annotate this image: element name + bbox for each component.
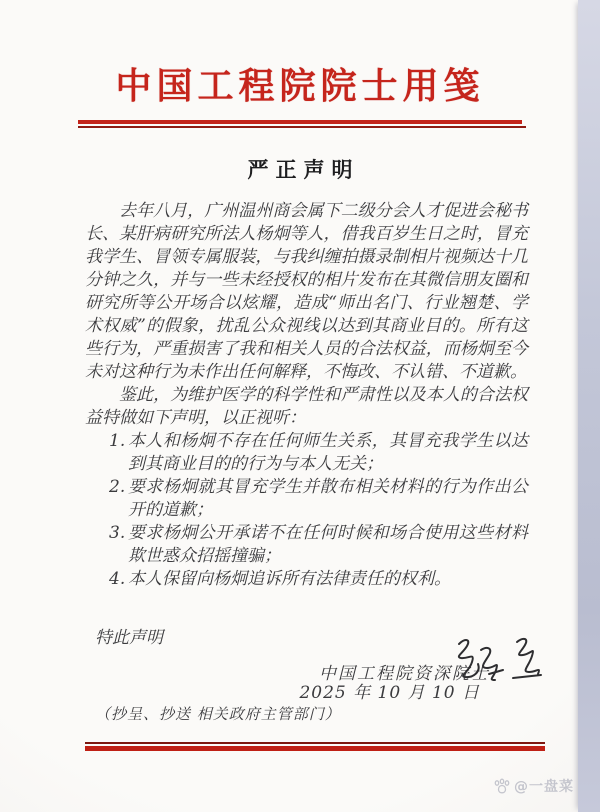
list-item: 2. 要求杨炯就其冒充学生并散布相关材料的行为作出公开的道歉； [109, 476, 528, 522]
header-double-rule [78, 120, 522, 128]
photo-background-edge [578, 0, 600, 812]
header-rule-thin [78, 126, 526, 128]
statement-body: 去年八月，广州温州商会属下二级分会人才促进会秘书长、某肝病研究所法人杨炯等人，借… [85, 200, 528, 686]
paragraph-1: 去年八月，广州温州商会属下二级分会人才促进会秘书长、某肝病研究所法人杨炯等人，借… [85, 200, 528, 384]
watermark: @一盘菜 [493, 776, 574, 796]
list-item: 3. 要求杨炯公开承诺不在任何时候和场合使用这些材料欺世惑众招摇撞骗； [109, 522, 528, 568]
document-page: 中国工程院院士用笺 严正声明 去年八月，广州温州商会属下二级分会人才促进会秘书长… [0, 0, 600, 812]
list-item-number: 3. [109, 522, 128, 568]
list-item-number: 4. [109, 568, 128, 591]
footer-double-rule [85, 742, 545, 751]
list-item: 1. 本人和杨炯不存在任何师生关系，其冒充我学生以达到其商业目的的行为与本人无关… [109, 430, 528, 476]
statement-date: 2025 年 10 月 10 日 [85, 682, 528, 705]
footer-rule-thin [85, 742, 545, 744]
letterhead-title: 中国工程院院士用笺 [0, 58, 600, 109]
list-item: 4. 本人保留向杨炯追诉所有法律责任的权利。 [109, 568, 528, 591]
list-item-text: 要求杨炯公开承诺不在任何时候和场合使用这些材料欺世惑众招摇撞骗； [128, 522, 528, 568]
statement-title: 严正声明 [0, 154, 600, 184]
list-item-text: 要求杨炯就其冒充学生并散布相关材料的行为作出公开的道歉； [128, 476, 528, 522]
watermark-text: @一盘菜 [514, 776, 574, 796]
paw-icon [493, 778, 511, 794]
list-item-number: 2. [109, 476, 128, 522]
list-item-number: 1. [109, 430, 128, 476]
cc-note: （抄呈、抄送 相关政府主管部门） [95, 703, 341, 726]
paragraph-2: 鉴此，为维护医学的科学性和严肃性以及本人的合法权益特做如下声明，以正视听： [85, 384, 528, 430]
header-rule-thick [78, 120, 522, 124]
declaration-list: 1. 本人和杨炯不存在任何师生关系，其冒充我学生以达到其商业目的的行为与本人无关… [109, 430, 528, 591]
list-item-text: 本人保留向杨炯追诉所有法律责任的权利。 [128, 568, 528, 591]
list-item-text: 本人和杨炯不存在任何师生关系，其冒充我学生以达到其商业目的的行为与本人无关； [128, 430, 528, 476]
footer-rule-thick [85, 746, 545, 751]
handwritten-signature [445, 630, 565, 688]
